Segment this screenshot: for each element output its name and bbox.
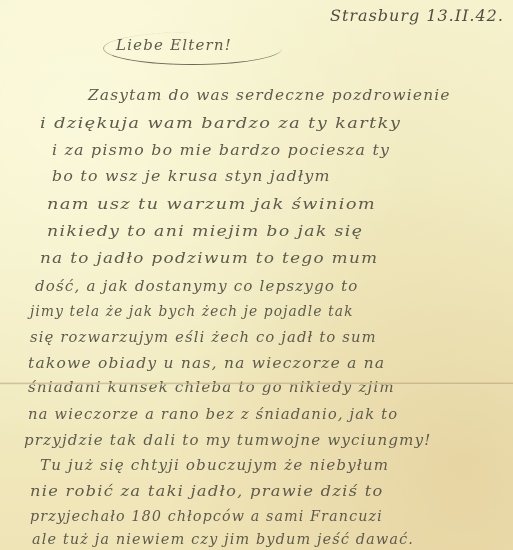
letter-line-5: nam usz tu warzum jak świniom — [47, 195, 376, 213]
letter-line-2: i dziękuja wam bardzo za ty kartky — [40, 114, 401, 132]
letter-line-13: na wieczorze a rano bez z śniadanio, jak… — [28, 405, 398, 423]
letter-line-12: śniadani kunsek chleba to go nikiedy zji… — [28, 378, 395, 396]
salutation: Liebe Eltern! — [116, 36, 232, 54]
letter-line-16: nie robić za taki jadło, prawie dziś to — [30, 482, 384, 500]
letter-line-1: Zasytam do was serdeczne pozdrowienie — [88, 86, 451, 104]
letter-line-6: nikiedy to ani miejim bo jak się — [47, 222, 363, 240]
letter-line-18: ale tuż ja niewiem czy jim bydum jeść da… — [32, 530, 414, 548]
letter-line-7: na to jadło podziwum to tego mum — [40, 249, 378, 267]
letter-line-14: przyjdzie tak dali to my tumwojne wyciun… — [24, 431, 431, 449]
letter-line-9: jimy tela że jak bych żech je pojadle ta… — [30, 302, 354, 320]
letter-line-8: dość, a jak dostanymy co lepszygo to — [35, 277, 359, 295]
letter-line-3: i za pismo bo mie bardzo pociesza ty — [52, 141, 390, 159]
fold-crease — [0, 382, 513, 385]
letter-line-11: takowe obiady u nas, na wieczorze a na — [28, 354, 385, 372]
letter-line-10: się rozwarzujym eśli żech co jadł to sum — [30, 328, 377, 346]
letter-line-15: Tu już się chtyji obuczujym że niebyłum — [40, 456, 389, 474]
letter-line-17: przyjechało 180 chłopców a sami Francuzi — [30, 507, 383, 525]
place-date: Strasburg 13.II.42. — [330, 6, 504, 25]
letter-line-4: bo to wsz je krusa styn jadłym — [52, 167, 331, 185]
letter-page: Strasburg 13.II.42. Liebe Eltern! Zasyta… — [0, 0, 513, 550]
